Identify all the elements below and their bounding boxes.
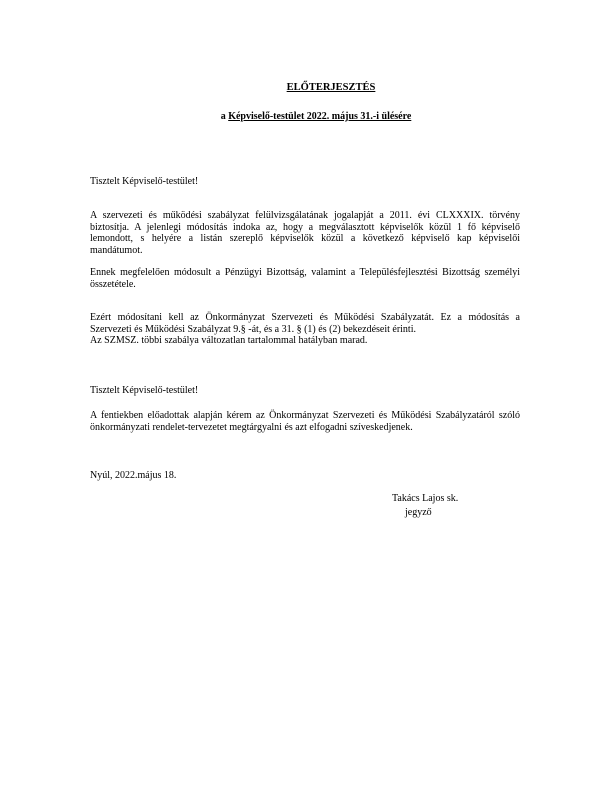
- salutation-2: Tisztelt Képviselő-testület!: [90, 385, 198, 397]
- paragraph-line: mandátumot.: [90, 245, 520, 257]
- document-title: ELŐTERJESZTÉS: [0, 82, 612, 94]
- place-date: Nyúl, 2022.május 18.: [90, 470, 176, 482]
- paragraph-line: A fentiekben előadottak alapján kérem az…: [90, 410, 520, 422]
- paragraph-modification: Ezért módosítani kell az Önkormányzat Sz…: [90, 312, 520, 347]
- paragraph-legal-basis: A szervezeti és működési szabályzat felü…: [90, 210, 520, 256]
- subtitle-meeting: Képviselő-testület 2022. május 31.-i ülé…: [228, 111, 411, 122]
- paragraph-committees: Ennek megfelelően módosult a Pénzügyi Bi…: [90, 267, 520, 290]
- paragraph-line: lemondott, s helyére a listán szereplő k…: [90, 233, 520, 245]
- paragraph-line: Ezért módosítani kell az Önkormányzat Sz…: [90, 312, 520, 324]
- paragraph-line: A szervezeti és működési szabályzat felü…: [90, 210, 520, 222]
- paragraph-line: összetétele.: [90, 279, 520, 291]
- paragraph-line: Ennek megfelelően módosult a Pénzügyi Bi…: [90, 267, 520, 279]
- document-page: ELŐTERJESZTÉS a Képviselő-testület 2022.…: [0, 0, 612, 792]
- salutation-1: Tisztelt Képviselő-testület!: [90, 176, 198, 188]
- paragraph-line: Az SZMSZ. többi szabálya változatlan tar…: [90, 335, 520, 347]
- document-subtitle: a Képviselő-testület 2022. május 31.-i ü…: [0, 111, 612, 123]
- signature-name: Takács Lajos sk.: [392, 493, 458, 505]
- signature-title: jegyző: [405, 507, 432, 519]
- paragraph-line: önkormányzati rendelet-tervezetet megtár…: [90, 422, 520, 434]
- paragraph-request: A fentiekben előadottak alapján kérem az…: [90, 410, 520, 433]
- paragraph-line: Szervezeti és Működési Szabályzat 9.§ -á…: [90, 324, 520, 336]
- paragraph-line: biztosítja. A jelenlegi módosítás indoka…: [90, 222, 520, 234]
